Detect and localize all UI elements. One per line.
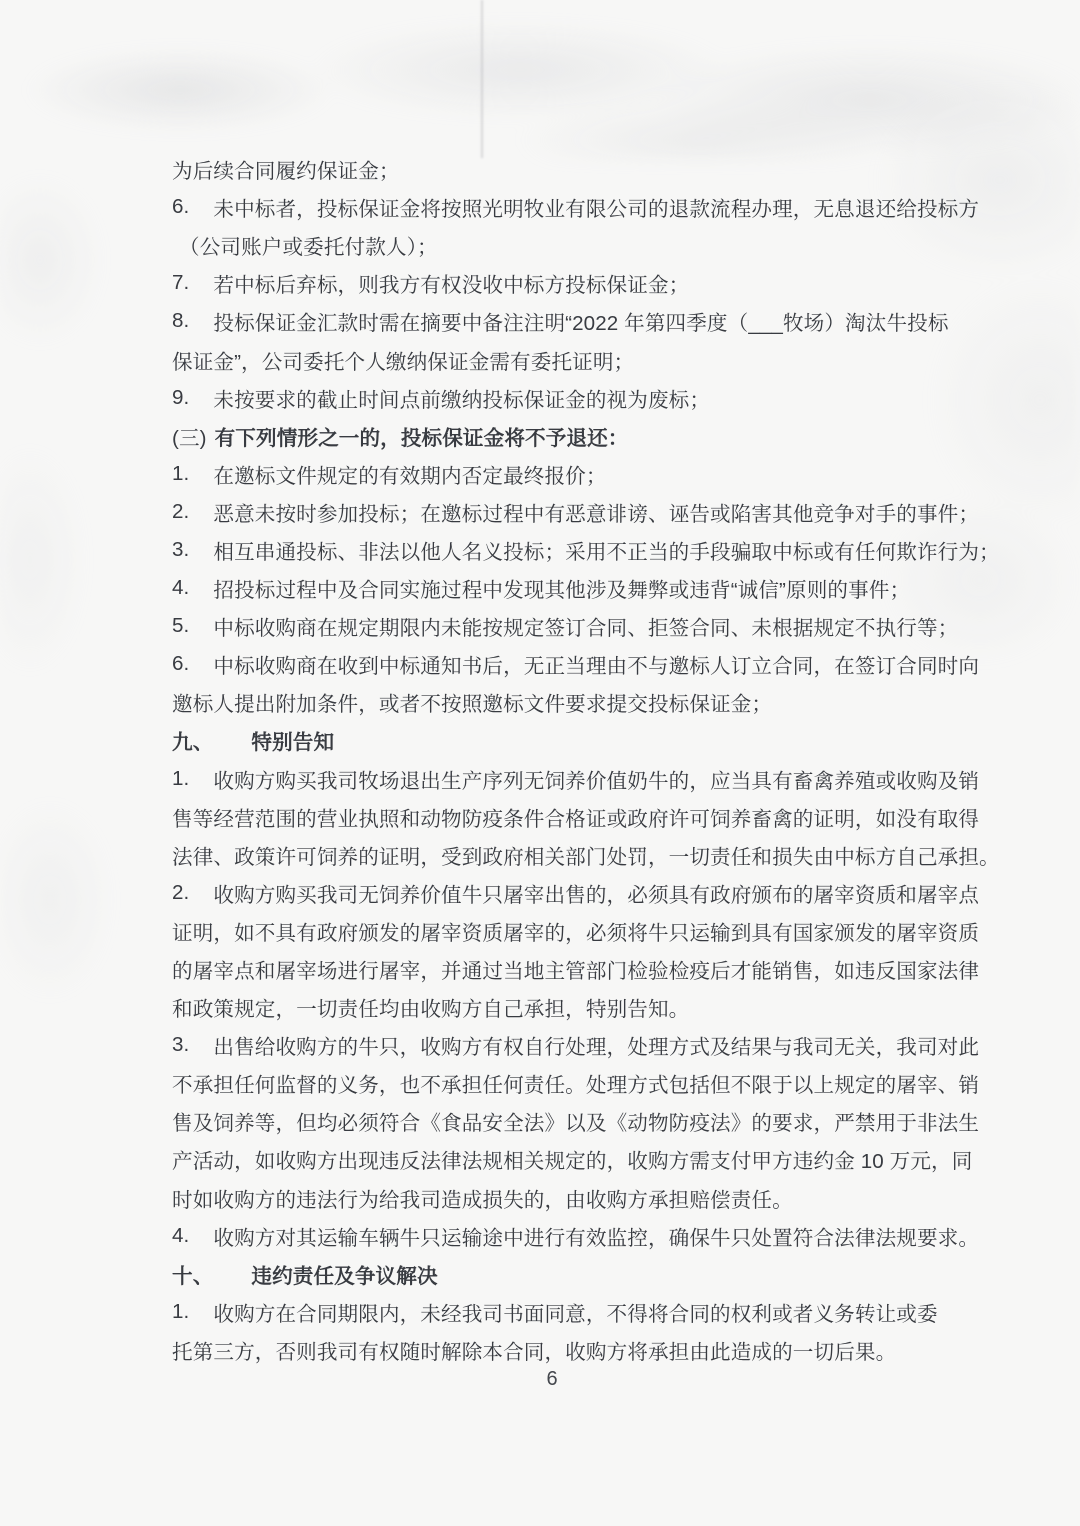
text-line: 2.收购方购买我司无饲养价值牛只屠宰出售的，必须具有政府颁布的屠宰资质和屠宰点 — [172, 874, 962, 912]
line-text: 相互串通投标、非法以他人名义投标；采用不正当的手段骗取中标或有任何欺诈行为； — [213, 535, 999, 565]
text-line: 为后续合同履约保证金； — [172, 150, 962, 188]
line-text: （公司账户或委托付款人）； — [179, 230, 438, 260]
line-text: 不承担任何监督的义务，也不承担任何责任。处理方式包括但不限于以上规定的屠宰、销 — [172, 1068, 979, 1098]
list-marker: 5. — [172, 614, 189, 638]
document-page: 为后续合同履约保证金；6.未中标者，投标保证金将按照光明牧业有限公司的退款流程办… — [0, 0, 1080, 1526]
text-line: 的屠宰点和屠宰场进行屠宰，并通过当地主管部门检验检疫后才能销售，如违反国家法律 — [172, 950, 962, 988]
page-number: 6 — [12, 1368, 1080, 1391]
text-line: 3.相互串通投标、非法以他人名义投标；采用不正当的手段骗取中标或有任何欺诈行为； — [172, 531, 962, 569]
line-text: 和政策规定，一切责任均由收购方自己承担，特别告知。 — [172, 992, 689, 1022]
text-line: 售及饲养等，但均必须符合《食品安全法》以及《动物防疫法》的要求，严禁用于非法生 — [172, 1102, 962, 1140]
list-marker: 8. — [172, 309, 189, 333]
text-line: 6.未中标者，投标保证金将按照光明牧业有限公司的退款流程办理，无息退还给投标方 — [172, 188, 962, 226]
text-line: 1.收购方在合同期限内，未经我司书面同意，不得将合同的权利或者义务转让或委 — [172, 1293, 962, 1331]
section-heading: 十、违约责任及争议解决 — [172, 1255, 962, 1293]
text-line: 法律、政策许可饲养的证明，受到政府相关部门处罚，一切责任和损失由中标方自己承担。 — [172, 836, 962, 874]
list-marker: 十、 — [172, 1259, 213, 1289]
line-text: 保证金”，公司委托个人缴纳保证金需有委托证明； — [172, 345, 634, 375]
list-marker: 4. — [172, 576, 189, 600]
line-text: 法律、政策许可饲养的证明，受到政府相关部门处罚，一切责任和损失由中标方自己承担。 — [172, 840, 1000, 870]
text-line: 1.在邀标文件规定的有效期内否定最终报价； — [172, 455, 962, 493]
line-text: 邀标人提出附加条件，或者不按照邀标文件要求提交投标保证金； — [172, 687, 772, 717]
list-marker: 7. — [172, 271, 189, 295]
line-text: 投标保证金汇款时需在摘要中备注注明“2022 年第四季度（___牧场）淘汰牛投标 — [213, 306, 948, 336]
text-line: (三)有下列情形之一的，投标保证金将不予退还： — [172, 417, 962, 455]
line-text: 的屠宰点和屠宰场进行屠宰，并通过当地主管部门检验检疫后才能销售，如违反国家法律 — [172, 954, 979, 984]
text-line: （公司账户或委托付款人）； — [172, 226, 962, 264]
line-text: 招投标过程中及合同实施过程中发现其他涉及舞弊或违背“诚信”原则的事件； — [213, 573, 910, 603]
text-line: 9.未按要求的截止时间点前缴纳投标保证金的视为废标； — [172, 379, 962, 417]
text-line: 7.若中标后弃标，则我方有权没收中标方投标保证金； — [172, 264, 962, 302]
text-line: 产活动，如收购方出现违反法律法规相关规定的，收购方需支付甲方违约金 10 万元，… — [172, 1140, 962, 1178]
text-line: 托第三方，否则我司有权随时解除本合同，收购方将承担由此造成的一切后果。 — [172, 1331, 962, 1369]
list-marker: 4. — [172, 1224, 189, 1248]
section-heading: 九、特别告知 — [172, 721, 962, 759]
text-line: 保证金”，公司委托个人缴纳保证金需有委托证明； — [172, 340, 962, 378]
document-body: 为后续合同履约保证金；6.未中标者，投标保证金将按照光明牧业有限公司的退款流程办… — [172, 150, 962, 1369]
line-text: 未中标者，投标保证金将按照光明牧业有限公司的退款流程办理，无息退还给投标方 — [213, 192, 979, 222]
text-line: 8.投标保证金汇款时需在摘要中备注注明“2022 年第四季度（___牧场）淘汰牛… — [172, 302, 962, 340]
line-text: 特别告知 — [251, 725, 334, 755]
line-text: 收购方购买我司无饲养价值牛只屠宰出售的，必须具有政府颁布的屠宰资质和屠宰点 — [213, 878, 979, 908]
text-line: 5.中标收购商在规定期限内未能按规定签订合同、拒签合同、未根据规定不执行等； — [172, 607, 962, 645]
line-text: 为后续合同履约保证金； — [172, 154, 400, 184]
list-marker: 1. — [172, 462, 189, 486]
list-marker: 6. — [172, 652, 189, 676]
text-line: 时如收购方的违法行为给我司造成损失的，由收购方承担赔偿责任。 — [172, 1179, 962, 1217]
line-text: 恶意未按时参加投标；在邀标过程中有恶意诽谤、诬告或陷害其他竞争对手的事件； — [213, 497, 979, 527]
list-marker: 1. — [172, 767, 189, 791]
line-text: 托第三方，否则我司有权随时解除本合同，收购方将承担由此造成的一切后果。 — [172, 1335, 896, 1365]
line-text: 收购方在合同期限内，未经我司书面同意，不得将合同的权利或者义务转让或委 — [213, 1297, 937, 1327]
text-line: 4.收购方对其运输车辆牛只运输途中进行有效监控，确保牛只处置符合法律法规要求。 — [172, 1217, 962, 1255]
scan-noise-top — [0, 10, 1080, 160]
line-text: 证明，如不具有政府颁发的屠宰资质屠宰的，必须将牛只运输到具有国家颁发的屠宰资质 — [172, 916, 979, 946]
scan-noise-left — [0, 140, 160, 1120]
line-text: 未按要求的截止时间点前缴纳投标保证金的视为废标； — [213, 383, 710, 413]
list-marker: 6. — [172, 195, 189, 219]
text-line: 邀标人提出附加条件，或者不按照邀标文件要求提交投标保证金； — [172, 683, 962, 721]
list-marker: 1. — [172, 1300, 189, 1324]
text-line: 证明，如不具有政府颁发的屠宰资质屠宰的，必须将牛只运输到具有国家颁发的屠宰资质 — [172, 912, 962, 950]
line-text: 售及饲养等，但均必须符合《食品安全法》以及《动物防疫法》的要求，严禁用于非法生 — [172, 1106, 979, 1136]
scan-seam-line — [481, 0, 483, 158]
line-text: 收购方购买我司牧场退出生产序列无饲养价值奶牛的，应当具有畜禽养殖或收购及销 — [213, 764, 979, 794]
list-marker: 9. — [172, 386, 189, 410]
list-marker: 2. — [172, 881, 189, 905]
line-text: 有下列情形之一的，投标保证金将不予退还： — [215, 421, 629, 451]
list-marker: 3. — [172, 538, 189, 562]
line-text: 时如收购方的违法行为给我司造成损失的，由收购方承担赔偿责任。 — [172, 1183, 793, 1213]
line-text: 售等经营范围的营业执照和动物防疫条件合格证或政府许可饲养畜禽的证明，如没有取得 — [172, 802, 979, 832]
text-line: 和政策规定，一切责任均由收购方自己承担，特别告知。 — [172, 988, 962, 1026]
text-line: 6.中标收购商在收到中标通知书后，无正当理由不与邀标人订立合同，在签订合同时向 — [172, 645, 962, 683]
line-text: 产活动，如收购方出现违反法律法规相关规定的，收购方需支付甲方违约金 10 万元，… — [172, 1144, 972, 1174]
list-marker: (三) — [172, 421, 207, 451]
list-marker: 九、 — [172, 725, 213, 755]
line-text: 出售给收购方的牛只，收购方有权自行处理，处理方式及结果与我司无关，我司对此 — [213, 1030, 979, 1060]
list-marker: 2. — [172, 500, 189, 524]
line-text: 中标收购商在收到中标通知书后，无正当理由不与邀标人订立合同，在签订合同时向 — [213, 649, 979, 679]
line-text: 违约责任及争议解决 — [251, 1259, 437, 1289]
text-line: 售等经营范围的营业执照和动物防疫条件合格证或政府许可饲养畜禽的证明，如没有取得 — [172, 798, 962, 836]
line-text: 在邀标文件规定的有效期内否定最终报价； — [213, 459, 606, 489]
text-line: 3.出售给收购方的牛只，收购方有权自行处理，处理方式及结果与我司无关，我司对此 — [172, 1026, 962, 1064]
text-line: 1.收购方购买我司牧场退出生产序列无饲养价值奶牛的，应当具有畜禽养殖或收购及销 — [172, 760, 962, 798]
text-line: 2.恶意未按时参加投标；在邀标过程中有恶意诽谤、诬告或陷害其他竞争对手的事件； — [172, 493, 962, 531]
text-line: 4.招投标过程中及合同实施过程中发现其他涉及舞弊或违背“诚信”原则的事件； — [172, 569, 962, 607]
line-text: 收购方对其运输车辆牛只运输途中进行有效监控，确保牛只处置符合法律法规要求。 — [213, 1221, 979, 1251]
line-text: 中标收购商在规定期限内未能按规定签订合同、拒签合同、未根据规定不执行等； — [213, 611, 958, 641]
list-marker: 3. — [172, 1033, 189, 1057]
line-text: 若中标后弃标，则我方有权没收中标方投标保证金； — [213, 268, 689, 298]
text-line: 不承担任何监督的义务，也不承担任何责任。处理方式包括但不限于以上规定的屠宰、销 — [172, 1064, 962, 1102]
